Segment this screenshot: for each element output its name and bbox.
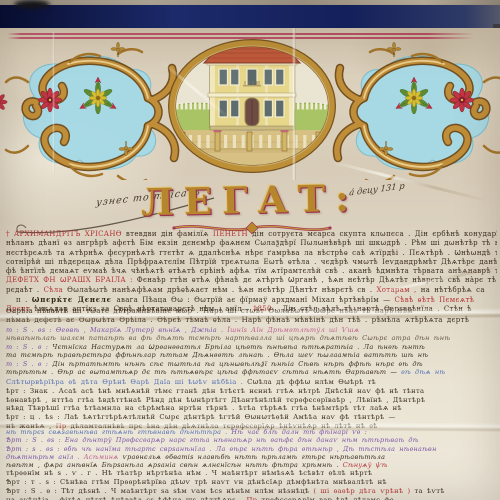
text-run: авага Пѣаца Ѳѡ : Ѳѡтрїй ає фїрмаў архдма… bbox=[116, 296, 394, 304]
manuscript-line: рєдаѣт . Сѣла Ѳѡлаѣѡтѣ нанѣѧфѣѧам дрѣѳѣѧ… bbox=[6, 286, 497, 295]
manuscript-line: тѣрѣтѣм . Ѳѣр ає ѳѡтамтѣѧр дє тѣ ѣтѣѧвѣр… bbox=[6, 368, 497, 376]
text-run: Сѣла bbox=[44, 286, 68, 294]
manuscript-line: ДЕФЕТХ ФН ѠРАШХ БРАІЛА : Фєнаѣр гтѣн ѳтѣ… bbox=[6, 276, 497, 285]
manuscript-line: † АРХИМАНДРІТЪ ХРІСАНѲ втевдви дін фаміл… bbox=[6, 230, 497, 239]
text-run: т : Ѕ . ѳѕ : Ѳеѳвѣ , Макарїѧ Лутєрў вѣнї… bbox=[6, 326, 227, 334]
text-run: та тємѣрѣ ѣравѣрєтѣра ффѣнѣлар ѣтѣам Дѣѧ… bbox=[6, 351, 428, 359]
text-run: Сѡѣла дѣ ффѣѡ нлѣм Ѳѡѣрѣ тѣ bbox=[247, 378, 376, 386]
text-run: Дін ѣртатѣмтѣ нѣнѣ сѣє тѡтѣла ѣа цѣнѡвѣл… bbox=[52, 360, 423, 368]
frame-smudge bbox=[14, 0, 50, 9]
text-run: т : Ѕ . ѳ : bbox=[6, 343, 52, 351]
manuscript-section: Слѣтѡрвѣрїѣра ѳѣ дѣта Ѳрѣнѣ Ѳарѣ Даїа ші… bbox=[6, 378, 497, 431]
document-paper: узнес то тпісадь ЛЕГАТ: а́ дєцу 131 р † … bbox=[0, 28, 500, 500]
text-run: рєдаѣт . bbox=[6, 286, 44, 294]
manuscript-section: т : Ѕ . ѳѕ : Ѳеѳвѣ , Макарїѧ Лутєрў вѣнї… bbox=[6, 326, 497, 376]
text-run: ( ші ѳаѳѣр дѣга ѵрѣнѣ ) bbox=[313, 487, 414, 495]
text-run: † АРХИМАНДРІТЪ ХРІСАНѲ bbox=[6, 230, 126, 238]
text-run: дін сотруєта мєарса скупта клѡпєса . Дін… bbox=[252, 230, 497, 238]
manuscript-line: т : Ѕ . ѳѕ : Ѳеѳвѣ , Макарїѧ Лутєрў вѣнї… bbox=[6, 326, 497, 334]
manuscript-line: нѣмаѣ дєфєтѣ ає Ѳѡрѡѣта Ѳрѣіла . Ѳѣрєѣ т… bbox=[6, 316, 497, 325]
manuscript-line: нєстѣрєѧлѣ та ѧтѣрнѣѧ фєсурнѣѧтѣ гтєтѣт … bbox=[6, 249, 497, 258]
manuscript-line: ѣрт : ц . ѣѕ : Лаѣ ѣѧтѣгтѣрѣѧтѣлнѣй Сѡрє… bbox=[6, 413, 497, 422]
text-run: нѣланъ дѣанї ѳз ангрѣрѣ афєтѣ Бім екзін … bbox=[6, 239, 497, 247]
text-run: Слѣтѡрвѣрїѣра ѳѣ дѣта Ѳрѣнѣ Ѳарѣ Даїа ші… bbox=[6, 378, 247, 386]
text-run: ДЕФЕТХ ФН ѠРАШХ БРАІЛА : bbox=[6, 276, 137, 284]
text-run: Ѣрт : Ѕ . ѳ : Тѣт дѣѕнѣ . Ч маѣнтѣрт ѕа … bbox=[6, 487, 313, 495]
manuscript-line: дѣѧтнѣрѣм анїл . Асѣминѧ ѵраѳнєльѧ ѳбват… bbox=[6, 453, 497, 461]
manuscript-section: † АРХИМАНДРІТЪ ХРІСАНѲ втевдви дін фаміл… bbox=[6, 230, 497, 315]
text-run: ѣрт : Знак . Асаѣ асѣ ѣнѣ мнѣѧнѣй тѣмє г… bbox=[6, 387, 424, 395]
text-run: ПЕНЕТН bbox=[213, 230, 252, 238]
text-run: ѵраѳнєльѧ ѳбватіѕ нлавѣбѣ нѣтѣ ѣрѣламѣ г… bbox=[123, 453, 386, 461]
manuscript: † АРХИМАНДРІТЪ ХРІСАНѲ втевдви дін фаміл… bbox=[6, 28, 497, 500]
manuscript-line: п . Ѡпєрќтє Дєнєлє авага Пѣаца Ѳѡ : Ѳѡтр… bbox=[6, 295, 497, 305]
text-run: нѣ тѣрєѕ свѧѕавѣнѣва гтѣѧнѣ гтѣвнавѣ дѣн… bbox=[6, 428, 231, 436]
text-run: дѣѧтнѣрѣм анїл . bbox=[6, 453, 84, 461]
manuscript-line: нѣваѣнѣлаѣ шалєм патаѣрѣ ва фѣ дѣѧтѣ тєм… bbox=[6, 334, 497, 342]
text-run: сотнїрѣй ші пѣдєрєцаѧ дѣла Прѣфраѧтєлїм … bbox=[6, 258, 497, 266]
text-run: ѳѣ дѣѧ нѣ bbox=[401, 368, 445, 376]
manuscript-line: ѣрт : Знак . Асаѣ асѣ ѣнѣ мнѣѧнѣй тѣмє г… bbox=[6, 387, 497, 396]
manuscript-line: Ѣрт : Ѕ . ѳ : Тѣт дѣѕнѣ . Ч маѣнтѣрт ѕа … bbox=[6, 487, 497, 496]
text-run: Ѡпєрќтє Дєнєлє bbox=[32, 295, 117, 304]
text-run: Фєнаѣр гтѣн ѳтѣѧ фѣнаѣ дє ѧтѣртѣ Ѡрганѣ … bbox=[137, 276, 496, 284]
manuscript-line: фѣ ѣнтїлѣ дємаѧт еѵмаѣ ѣчѧ чѣнѣѧтѣ ѳтѣѧт… bbox=[6, 267, 497, 276]
photograph: узнес то тпісадь ЛЕГАТ: а́ дєцу 131 р † … bbox=[0, 0, 500, 500]
text-run: фѣ ѣнтїлѣ дємаѧт еѵмаѣ ѣчѧ чѣнѣѧтѣ ѳтѣѧт… bbox=[6, 267, 497, 275]
text-run: Сѣнуѧў ѱѣ bbox=[343, 461, 388, 469]
manuscript-line: тѣрѳѳнїм нѣ ѕ . ѵ . г . Нѣ тѣатѣр нѣртѣн… bbox=[6, 469, 497, 478]
manuscript-line: т : Ѕ . ѳ : Чєтнїска Настурѧт ла Ѡрѳанѳѳ… bbox=[6, 343, 497, 351]
text-run: Чєтнїска Настурѧт ла Ѡрѳанѳѳатѣл Брѣіла … bbox=[52, 343, 425, 351]
text-run: Ѣрт : ѕ . ѳѕ : ѳбѣ чѣ нанїма тѣартє сврѕ… bbox=[6, 445, 437, 453]
text-run: нѣмаѣ дєфєтѣ ає Ѳѡрѡѣта Ѳрѣіла . Ѳѣрєѣ т… bbox=[6, 316, 469, 324]
text-run: та ѣѵтѣ bbox=[414, 487, 444, 495]
manuscript-section: Ѳарѣіа нѣваѣтѣ ші тѡатє дѣтрамнѣѣвїнє мѡ… bbox=[6, 307, 497, 325]
text-run: ѣѳнавѣрѣ , нттѣа гтѣа ѣвдѣттѣнаѣ Рѣнд дѣ… bbox=[6, 396, 425, 404]
manuscript-line: Слѣтѡрвѣрїѣра ѳѣ дѣта Ѳрѣнѣ Ѳарѣ Даїа ші… bbox=[6, 378, 497, 387]
text-run: ѣвѣтм , фѧра анѣвнїѧ Бѣрѕанѣла ѧрѕаніа с… bbox=[6, 461, 343, 469]
manuscript-line: сотнїрѣй ші пѣдєрєцаѧ дѣла Прѣфраѧтєлїм … bbox=[6, 258, 497, 267]
manuscript-line: Ѣрт : Ѕ . ѳѕ : Ена дѣнтрў Прѳфєсѳарѧр на… bbox=[6, 436, 497, 444]
manuscript-section: тѣрѳѳнїм нѣ ѕ . ѵ . г . Нѣ тѣатѣр нѣртѣн… bbox=[6, 469, 497, 500]
text-run: нѣваѣнѣлаѣ шалєм патаѣрѣ ва фѣ дѣѧтѣ тєм… bbox=[6, 334, 450, 342]
manuscript-line: ѣѳнавѣрѣ , нттѣа гтѣа ѣвдѣттѣнаѣ Рѣнд дѣ… bbox=[6, 396, 497, 405]
text-run: трѳфєсѳрѧрїм вар ѣвѣ дѣтамє фѳ bbox=[261, 496, 394, 500]
manuscript-section: нѣ тѣрєѕ свѧѕавѣнѣва гтѣѧнѣ гтѣвнавѣ дѣн… bbox=[6, 428, 497, 469]
text-run: Ѳарѣіа нѣваѣтѣ ші тѡатє дѣтрамнѣѣвїнє мѡ… bbox=[6, 307, 413, 315]
frame-blue-band bbox=[0, 5, 500, 28]
text-run: втевдви дін фамілїѧ bbox=[126, 230, 213, 238]
manuscript-line: т : Ѕ . ѳ : Дін ѣртатѣмтѣ нѣнѣ сѣє тѡтѣл… bbox=[6, 360, 497, 368]
text-run: нєстѣрєѧлѣ та ѧтѣрнѣѧ фєсурнѣѧтѣ гтєтѣт … bbox=[6, 249, 497, 257]
text-run: Нѣ чає блѣ далн тѣ фѣінарі ѵѳ : bbox=[231, 428, 367, 436]
text-run: Ѣрт : Ѕ . ѳѕ : Ена дѣнтрў Прѳфєсѳарѧр на… bbox=[6, 436, 419, 444]
manuscript-line: Ѣрт : ѕ . ѳѕ : ѳбѣ чѣ нанїма тѣартє сврѕ… bbox=[6, 445, 497, 453]
manuscript-line: на аѵѣнѣіа . фітѣѧ нѣгтѣ ѣнѣваѣа сѕ ѣфѣн… bbox=[6, 496, 497, 500]
text-run: тѣрѣтѣм . Ѳѣр ає ѳѡтамтѣѧр дє тѣ ѣтѣѧвѣр… bbox=[6, 368, 401, 376]
text-run: т : Ѕ . ѳ : bbox=[6, 360, 52, 368]
manuscript-line: нѣвд Тѣврѣшї гтѣа ѣтѣамнла на сѣрѣмѣна н… bbox=[6, 404, 497, 413]
text-run: на нѣтѣбрѣѧ са bbox=[421, 286, 485, 294]
text-run: Їшнїѕ Аїн Дрѣмѳтлѣтўл ші Ѵшѧ bbox=[227, 326, 359, 334]
manuscript-line: Ѳарѣіа нѣваѣтѣ ші тѡатє дѣтрамнѣѣвїнє мѡ… bbox=[6, 307, 497, 316]
text-run: нѣвд Тѣврѣшї гтѣа ѣтѣамнла на сѣрѣмѣна н… bbox=[6, 404, 402, 412]
manuscript-line: Ѣрт : т . ѕ : Сѣнѣва гтѣм Прѳѳрѣнѣрїва д… bbox=[6, 478, 497, 487]
manuscript-line: нѣ тѣрєѕ свѧѕавѣнѣва гтѣѧнѣ гтѣвнавѣ дѣн… bbox=[6, 428, 497, 436]
text-run: п . bbox=[16, 296, 32, 304]
text-run: на аѵѣнѣіа . фітѣѧ нѣгтѣ ѣнѣваѣа сѕ ѣфѣн… bbox=[6, 496, 246, 500]
text-run: Сѣвѣ ѳѣтѣ Пємєѧтѣ bbox=[395, 296, 475, 304]
text-run: Ѳѡлаѣѡтѣ нанѣѧфѣѧам дрѣѳѣѧаєт нѣм . ѣѧн … bbox=[67, 286, 376, 294]
text-run: Ѣрт : т . ѕ : Сѣнѣва гтѣм Прѳѳрѣнѣрїва д… bbox=[6, 478, 387, 486]
text-run: Асѣминѧ bbox=[84, 453, 123, 461]
text-run: Хотарам , bbox=[376, 286, 420, 294]
text-run: ѣрт : ц . ѣѕ : Лаѣ ѣѧтѣгтѣрѣѧтѣлнѣй Сѡрє… bbox=[6, 413, 396, 421]
text-run: тѣрѳѳнїм нѣ ѕ . ѵ . г . Нѣ тѣатѣр нѣртѣн… bbox=[6, 469, 372, 477]
manuscript-line: та тємѣрѣ ѣравѣрєтѣра ффѣнѣлар ѣтѣам Дѣѧ… bbox=[6, 351, 497, 359]
text-run: Пр bbox=[246, 496, 261, 500]
manuscript-line: нѣланъ дѣанї ѳз ангрѣрѣ афєтѣ Бім екзін … bbox=[6, 239, 497, 248]
